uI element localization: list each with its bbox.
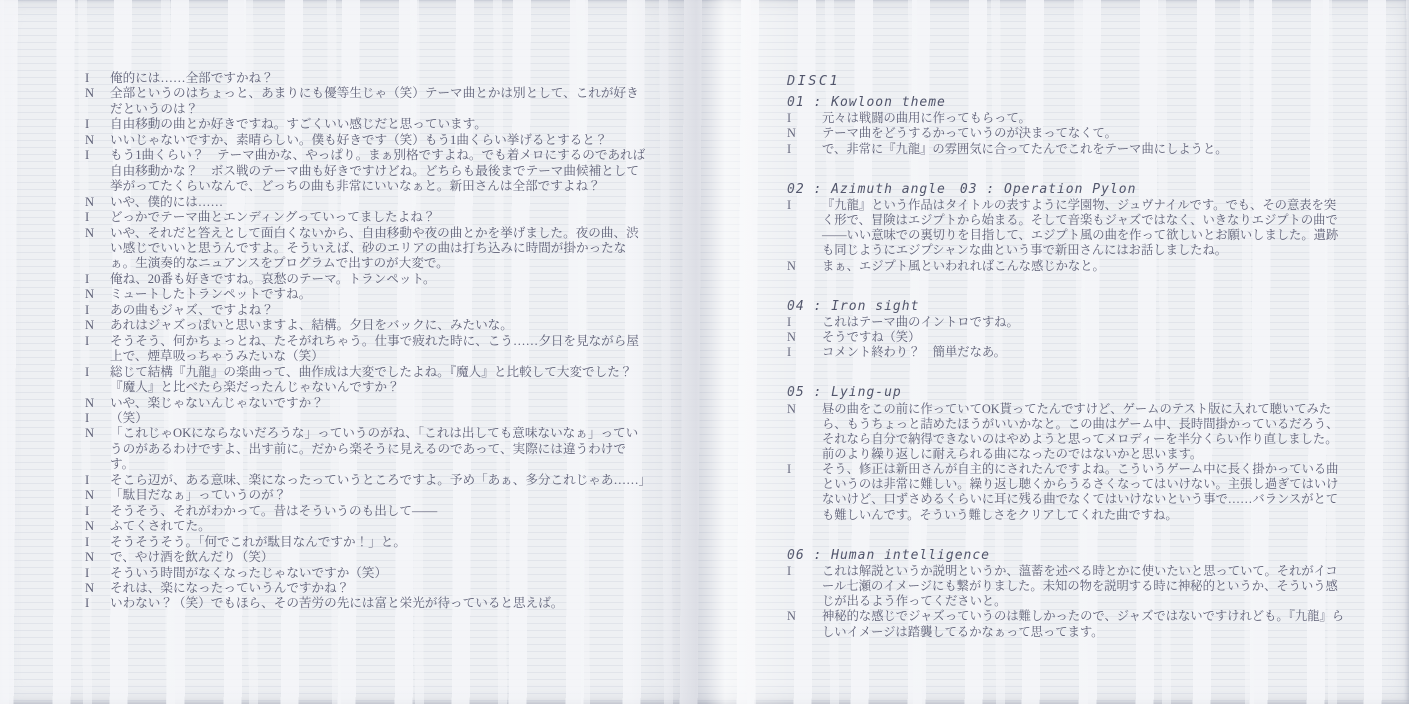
speaker-label: I <box>85 210 110 225</box>
speaker-label: N <box>85 519 110 534</box>
speaker-label: I <box>787 142 822 157</box>
dialogue-row: I そこら辺が、ある意味、楽になったっていうところですよ。予め「あぁ、多分これじ… <box>85 473 649 488</box>
track-dialogue: N 昼の曲をこの前に作っていてOK貰ってたんですけど、ゲームのテスト版に入れて聴… <box>787 402 1347 523</box>
dialogue-row: I で、非常に『九龍』の雰囲気に合ってたんでこれをテーマ曲にしようと。 <box>787 142 1347 157</box>
dialogue-row: N 昼の曲をこの前に作っていてOK貰ってたんですけど、ゲームのテスト版に入れて聴… <box>787 402 1347 463</box>
dialogue-text: で、やけ酒を飲んだり（笑） <box>110 550 649 565</box>
speaker-label: I <box>85 411 110 426</box>
speaker-label: I <box>85 148 110 163</box>
dialogue-row: N 「これじゃOKにならないだろうな」っていうのがね、「これは出しても意味ないな… <box>85 426 649 472</box>
speaker-label: I <box>85 117 110 132</box>
speaker-label: I <box>787 198 822 213</box>
speaker-label: N <box>85 86 110 101</box>
dialogue-text: いいじゃないですか、素晴らしい。僕も好きです（笑）もう1曲くらい挙げるとすると？ <box>110 133 649 148</box>
dialogue-row: N いや、楽じゃないんじゃないですか？ <box>85 396 649 411</box>
disc-header: DISC1 <box>787 74 1347 89</box>
dialogue-text: いわない？（笑）でもほら、その苦労の先には富と栄光が待っていると思えば。 <box>110 596 649 611</box>
booklet-scan-spread: I 俺的には……全部ですかね？ N 全部というのはちょっと、あまりにも優等生じゃ… <box>0 0 1409 704</box>
speaker-label: I <box>85 535 110 550</box>
dialogue-text: コメント終わり？ 簡単だなあ。 <box>822 345 1347 360</box>
dialogue-text: いや、僕的には…… <box>110 195 649 210</box>
dialogue-text: 自由移動の曲とか好きですね。すごくいい感じだと思っています。 <box>110 117 649 132</box>
dialogue-row: N 全部というのはちょっと、あまりにも優等生じゃ（笑）テーマ曲とかは別として、こ… <box>85 86 649 117</box>
dialogue-row: I そう、修正は新田さんが自主的にされたんですよね。こういうゲーム中に長く掛かっ… <box>787 462 1347 523</box>
page-fold-shadow <box>630 0 800 704</box>
dialogue-row: I （笑） <box>85 411 649 426</box>
dialogue-text: あの曲もジャズ、ですよね？ <box>110 303 649 318</box>
dialogue-row: I 総じて結構『九龍』の楽曲って、曲作成は大変でしたよね。『魔人』と比較して大変… <box>85 365 649 396</box>
track-section: 05 : Lying-up N 昼の曲をこの前に作っていてOK貰ってたんですけど… <box>787 385 1347 522</box>
dialogue-text: まぁ、エジプト風といわれればこんな感じかなと。 <box>822 259 1347 274</box>
dialogue-row: I そうそう、それがわかって。昔はそういうのも出して―― <box>85 504 649 519</box>
speaker-label: N <box>85 195 110 210</box>
page-left: I 俺的には……全部ですかね？ N 全部というのはちょっと、あまりにも優等生じゃ… <box>85 71 649 612</box>
speaker-label: N <box>787 126 822 141</box>
dialogue-row: I 自由移動の曲とか好きですね。すごくいい感じだと思っています。 <box>85 117 649 132</box>
speaker-label: I <box>85 272 110 287</box>
dialogue-text: ふてくされてた。 <box>110 519 649 534</box>
track-dialogue: I 『九龍』という作品はタイトルの表すように学園物、ジュヴナイルです。でも、その… <box>787 198 1347 274</box>
speaker-label: N <box>787 609 822 624</box>
speaker-label: I <box>787 564 822 579</box>
dialogue-text: 俺的には……全部ですかね？ <box>110 71 649 86</box>
track-title: 01 : Kowloon theme <box>787 95 1347 110</box>
dialogue-text: 総じて結構『九龍』の楽曲って、曲作成は大変でしたよね。『魔人』と比較して大変でし… <box>110 365 649 396</box>
dialogue-text: これは解説というか説明というか、薀蓄を述べる時とかに使いたいと思っていて。それが… <box>822 564 1347 609</box>
interview-dialogue-left: I 俺的には……全部ですかね？ N 全部というのはちょっと、あまりにも優等生じゃ… <box>85 71 649 612</box>
dialogue-text: 神秘的な感じでジャズっていうのは難しかったので、ジャズではないですけれども。『九… <box>822 609 1347 639</box>
dialogue-row: N それは、楽になったっていうんですかね？ <box>85 581 649 596</box>
dialogue-text: それは、楽になったっていうんですかね？ <box>110 581 649 596</box>
speaker-label: I <box>85 566 110 581</box>
speaker-label: I <box>787 315 822 330</box>
speaker-label: I <box>85 473 110 488</box>
dialogue-row: N で、やけ酒を飲んだり（笑） <box>85 550 649 565</box>
track-section: 06 : Human intelligence I これは解説というか説明という… <box>787 548 1347 640</box>
track-section: 01 : Kowloon theme I 元々は戦闘の曲用に作ってもらって。 N… <box>787 95 1347 157</box>
speaker-label: I <box>787 462 822 477</box>
speaker-label: I <box>85 303 110 318</box>
dialogue-text: もう1曲くらい？ テーマ曲かな、やっぱり。まぁ別格ですよね。でも着メロにするので… <box>110 148 649 194</box>
track-section: 02 : Azimuth angle 03 : Operation Pylon … <box>787 182 1347 274</box>
dialogue-row: I あの曲もジャズ、ですよね？ <box>85 303 649 318</box>
dialogue-text: そこら辺が、ある意味、楽になったっていうところですよ。予め「あぁ、多分これじゃあ… <box>110 473 649 488</box>
dialogue-row: N いや、それだと答えとして面白くないから、自由移動や夜の曲とかを挙げました。夜… <box>85 226 649 272</box>
dialogue-text: そういう時間がなくなったじゃないですか（笑） <box>110 566 649 581</box>
track-title: 04 : Iron sight <box>787 299 1347 314</box>
speaker-label: N <box>85 488 110 503</box>
dialogue-text: そう、修正は新田さんが自主的にされたんですよね。こういうゲーム中に長く掛かってい… <box>822 462 1347 523</box>
track-dialogue: I 元々は戦闘の曲用に作ってもらって。 N テーマ曲をどうするかっていうのが決ま… <box>787 111 1347 156</box>
track-sections: 01 : Kowloon theme I 元々は戦闘の曲用に作ってもらって。 N… <box>787 95 1347 640</box>
dialogue-text: あれはジャズっぽいと思いますよ、結構。夕日をバックに、みたいな。 <box>110 318 649 333</box>
track-title: 05 : Lying-up <box>787 385 1347 400</box>
speaker-label: I <box>85 365 110 380</box>
speaker-label: I <box>787 345 822 360</box>
dialogue-row: N 神秘的な感じでジャズっていうのは難しかったので、ジャズではないですけれども。… <box>787 609 1347 639</box>
speaker-label: N <box>787 402 822 417</box>
dialogue-row: I どっかでテーマ曲とエンディングっていってましたよね？ <box>85 210 649 225</box>
speaker-label: I <box>787 111 822 126</box>
speaker-label: N <box>787 259 822 274</box>
dialogue-text: そうそう、それがわかって。昔はそういうのも出して―― <box>110 504 649 519</box>
dialogue-text: 全部というのはちょっと、あまりにも優等生じゃ（笑）テーマ曲とかは別として、これが… <box>110 86 649 117</box>
dialogue-text: いや、楽じゃないんじゃないですか？ <box>110 396 649 411</box>
dialogue-text: そうそう、何かちょっとね、たそがれちゃう。仕事で疲れた時に、こう……夕日を見なが… <box>110 334 649 365</box>
dialogue-text: 「駄目だなぁ」っていうのが？ <box>110 488 649 503</box>
dialogue-text: 昼の曲をこの前に作っていてOK貰ってたんですけど、ゲームのテスト版に入れて聴いて… <box>822 402 1347 463</box>
dialogue-text: 俺ね、20番も好きですね。哀愁のテーマ。トランペット。 <box>110 272 649 287</box>
dialogue-text: テーマ曲をどうするかっていうのが決まってなくて。 <box>822 126 1347 141</box>
dialogue-text: そうですね（笑） <box>822 330 1347 345</box>
track-dialogue: I これは解説というか説明というか、薀蓄を述べる時とかに使いたいと思っていて。そ… <box>787 564 1347 640</box>
dialogue-row: I いわない？（笑）でもほら、その苦労の先には富と栄光が待っていると思えば。 <box>85 596 649 611</box>
speaker-label: N <box>85 396 110 411</box>
speaker-label: I <box>85 504 110 519</box>
track-section: 04 : Iron sight I これはテーマ曲のイントロですね。 N そうで… <box>787 299 1347 361</box>
speaker-label: N <box>85 133 110 148</box>
dialogue-row: I そういう時間がなくなったじゃないですか（笑） <box>85 566 649 581</box>
dialogue-row: N まぁ、エジプト風といわれればこんな感じかなと。 <box>787 259 1347 274</box>
dialogue-row: I これは解説というか説明というか、薀蓄を述べる時とかに使いたいと思っていて。そ… <box>787 564 1347 609</box>
dialogue-text: これはテーマ曲のイントロですね。 <box>822 315 1347 330</box>
speaker-label: N <box>85 550 110 565</box>
dialogue-text: 「これじゃOKにならないだろうな」っていうのがね、「これは出しても意味ないなぁ」… <box>110 426 649 472</box>
dialogue-text: 『九龍』という作品はタイトルの表すように学園物、ジュヴナイルです。でも、その意表… <box>822 198 1347 259</box>
dialogue-text: で、非常に『九龍』の雰囲気に合ってたんでこれをテーマ曲にしようと。 <box>822 142 1347 157</box>
dialogue-text: （笑） <box>110 411 649 426</box>
dialogue-row: I 元々は戦闘の曲用に作ってもらって。 <box>787 111 1347 126</box>
dialogue-row: I 俺ね、20番も好きですね。哀愁のテーマ。トランペット。 <box>85 272 649 287</box>
dialogue-row: I そうそう、何かちょっとね、たそがれちゃう。仕事で疲れた時に、こう……夕日を見… <box>85 334 649 365</box>
dialogue-text: 元々は戦闘の曲用に作ってもらって。 <box>822 111 1347 126</box>
track-dialogue: I これはテーマ曲のイントロですね。 N そうですね（笑） I コメント終わり？… <box>787 315 1347 360</box>
speaker-label: N <box>85 426 110 441</box>
dialogue-row: I そうそうそう。「何でこれが駄目なんですか！」と。 <box>85 535 649 550</box>
dialogue-row: N ふてくされてた。 <box>85 519 649 534</box>
dialogue-text: どっかでテーマ曲とエンディングっていってましたよね？ <box>110 210 649 225</box>
dialogue-row: N いや、僕的には…… <box>85 195 649 210</box>
speaker-label: N <box>787 330 822 345</box>
dialogue-text: いや、それだと答えとして面白くないから、自由移動や夜の曲とかを挙げました。夜の曲… <box>110 226 649 272</box>
dialogue-row: I 俺的には……全部ですかね？ <box>85 71 649 86</box>
speaker-label: N <box>85 226 110 241</box>
track-title: 02 : Azimuth angle 03 : Operation Pylon <box>787 182 1347 197</box>
speaker-label: I <box>85 71 110 86</box>
dialogue-text: ミュートしたトランペットですね。 <box>110 287 649 302</box>
dialogue-row: I もう1曲くらい？ テーマ曲かな、やっぱり。まぁ別格ですよね。でも着メロにする… <box>85 148 649 194</box>
track-title: 06 : Human intelligence <box>787 548 1347 563</box>
dialogue-row: I これはテーマ曲のイントロですね。 <box>787 315 1347 330</box>
dialogue-row: N 「駄目だなぁ」っていうのが？ <box>85 488 649 503</box>
page-right: DISC1 01 : Kowloon theme I 元々は戦闘の曲用に作っても… <box>787 74 1347 665</box>
dialogue-row: I コメント終わり？ 簡単だなあ。 <box>787 345 1347 360</box>
dialogue-row: N テーマ曲をどうするかっていうのが決まってなくて。 <box>787 126 1347 141</box>
speaker-label: I <box>85 334 110 349</box>
speaker-label: N <box>85 287 110 302</box>
dialogue-row: N あれはジャズっぽいと思いますよ、結構。夕日をバックに、みたいな。 <box>85 318 649 333</box>
speaker-label: N <box>85 581 110 596</box>
dialogue-row: N いいじゃないですか、素晴らしい。僕も好きです（笑）もう1曲くらい挙げるとする… <box>85 133 649 148</box>
speaker-label: I <box>85 596 110 611</box>
speaker-label: N <box>85 318 110 333</box>
dialogue-row: N ミュートしたトランペットですね。 <box>85 287 649 302</box>
dialogue-text: そうそうそう。「何でこれが駄目なんですか！」と。 <box>110 535 649 550</box>
dialogue-row: N そうですね（笑） <box>787 330 1347 345</box>
dialogue-row: I 『九龍』という作品はタイトルの表すように学園物、ジュヴナイルです。でも、その… <box>787 198 1347 259</box>
